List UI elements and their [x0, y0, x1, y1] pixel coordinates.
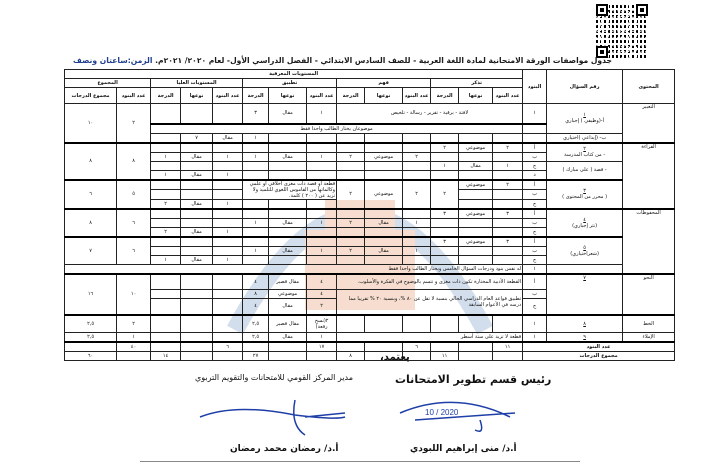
row-expression: التعبير ١أ-(وظيفي ) إجباري ١ لافتة - برق… — [65, 104, 675, 124]
document-title: جدول مواصفات الورقة الامتحانية لمادة الل… — [73, 56, 612, 65]
footer-rule — [140, 461, 580, 462]
header-row-1: المحتوى رقم السؤال البنود المستويات المع… — [65, 70, 675, 79]
sub-count: عدد البنود — [213, 88, 243, 104]
content-dictation: الإملاء — [623, 333, 675, 343]
col-apply: تطبيق — [243, 79, 337, 88]
sub-grade: الدرجة — [431, 88, 459, 104]
sub-total-grades: مجموع الدرجات — [65, 88, 117, 104]
col-question-no: رقم السؤال — [547, 70, 623, 104]
sub-count: عدد البنود — [307, 88, 337, 104]
dictation-note: قطعة لا تزيد على ستة أسطر — [337, 333, 523, 343]
grammar-passage-note: القطعة الأدبية المختارة تكون ذات مغزى و … — [337, 274, 523, 290]
right-signatory-name: أ.د/ منى إبراهيم اللبودي — [410, 444, 517, 454]
sub-grade: الدرجة — [243, 88, 269, 104]
passage-note: قطعة أو قصة ذات مغزى أخلاقي أو علمي وكال… — [243, 180, 337, 200]
choice-note: موضوعان يختار الطالب واحدا فقط — [151, 124, 523, 134]
left-signatory-name: أ.د/ رمضان محمد رمضان — [230, 444, 338, 454]
grammar-rules-note: تطبيق قواعد العام الدراسي الحالي بنسبة ل… — [337, 290, 523, 315]
row-grammar: النحو ٧ أ القطعة الأدبية المختارة تكون ذ… — [65, 274, 675, 290]
row-memorization: المحفوظات ٤(نثر إجباري) أ ٣ موضوعي ٣ ٦ ٨ — [65, 209, 675, 219]
sub-count: عدد البنود — [493, 88, 523, 104]
question-2: ٢- من كتاب المدرسة — [547, 143, 623, 162]
question-7: ٧ — [547, 274, 623, 315]
right-signatory-title: رئيس قسم تطوير الامتحانات — [395, 373, 551, 386]
row-grade-total: مجموع الدرجات ١١ ٨ ٢٧ ١٤ ٦٠ — [65, 352, 675, 361]
left-signatory-title: مدير المركز القومي للامتحانات والتقويم ا… — [195, 373, 353, 382]
right-signature: 10 / 2020 — [395, 395, 535, 440]
col-higher: المستويات العليا — [151, 79, 243, 88]
sub-grade: الدرجة — [151, 88, 181, 104]
question-8: ٨ — [547, 315, 623, 333]
content-handwriting: الخط — [623, 315, 675, 333]
content-memorization: المحفوظات — [623, 209, 675, 274]
sub-count: عدد البنود — [403, 88, 431, 104]
approval-heading: يعتمد، — [380, 352, 410, 363]
question-4: ٤(نثر إجباري) — [547, 209, 623, 237]
row-reading: القراءة ٢- من كتاب المدرسة أ ٢ موضوعي ٢ … — [65, 143, 675, 153]
col-cognitive-levels: المستويات المعرفية — [65, 70, 523, 79]
stamp-date: 10 / 2020 — [425, 408, 459, 417]
question-5: ٥(شعراختياري) — [547, 237, 623, 265]
count-label: عدد البنود — [523, 342, 675, 352]
qr-code — [596, 4, 648, 58]
sub-type: نوعها — [365, 88, 403, 104]
specification-table: المحتوى رقم السؤال البنود المستويات المع… — [64, 69, 675, 361]
row-handwriting: الخط ٨ ١ ٢(نسخ رقعة) مقال قصير ٢,٥ ٢ ٢,٥ — [65, 315, 675, 333]
sub-total-items: عدد البنود — [117, 88, 151, 104]
question-6-note: له نفس بنود ودرجات السؤال الخامس ويختار … — [65, 264, 523, 274]
question-2-story: - قصة ( على مبارك ) — [547, 161, 623, 180]
question-1: ١أ-(وظيفي ) إجباري — [547, 104, 623, 134]
sub-type: نوعها — [269, 88, 307, 104]
content-expression: التعبير — [623, 104, 675, 143]
content-reading: القراءة — [623, 143, 675, 209]
expression-forms: لافتة - برقية - تقرير - رسالة - تلخيص — [337, 104, 523, 124]
row-item-count: عدد البنود ١١ ٦ ١٧ ٦ ٤٠ — [65, 342, 675, 352]
left-signature — [195, 395, 355, 440]
question-9: ٩ — [547, 333, 623, 343]
col-understand: فهم — [337, 79, 431, 88]
grades-label: مجموع الدرجات — [523, 352, 675, 361]
question-1b: ب- (إبداعي )اختياري — [547, 133, 623, 143]
col-items: البنود — [523, 70, 547, 104]
col-remember: تذكر — [431, 79, 523, 88]
sub-grade: الدرجة — [337, 88, 365, 104]
exam-duration: الزمن:ساعتان ونصف — [73, 56, 152, 65]
title-text: جدول مواصفات الورقة الامتحانية لمادة الل… — [152, 56, 612, 65]
question-3: ٣( محرر من المحتوى ) — [547, 180, 623, 209]
sub-type: نوعها — [181, 88, 213, 104]
content-grammar: النحو — [623, 274, 675, 315]
item: ١ — [523, 104, 547, 124]
col-total: المجموع — [65, 79, 151, 88]
row-dictation: الإملاء ٩ ١ قطعة لا تزيد على ستة أسطر ١ … — [65, 333, 675, 343]
col-content: المحتوى — [623, 70, 675, 104]
sub-type: نوعها — [459, 88, 493, 104]
